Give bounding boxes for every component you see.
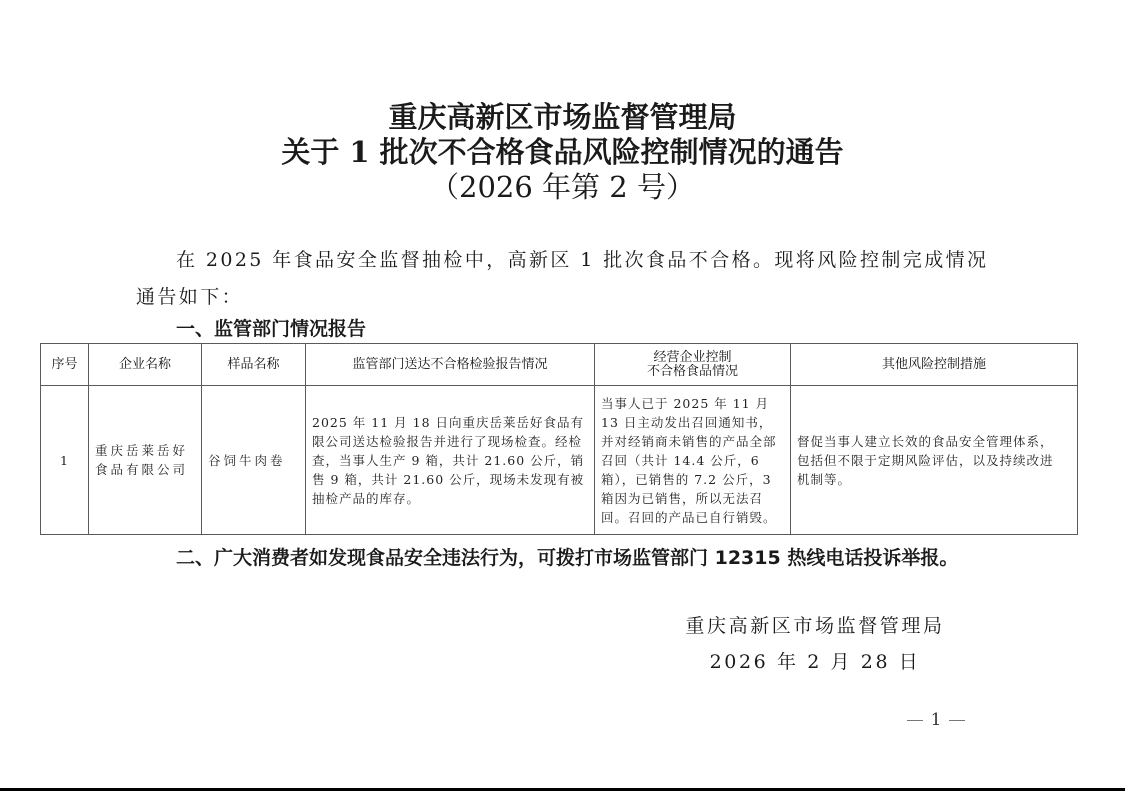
title-line-number: （2026 年第 2 号） (0, 170, 1125, 205)
header-company: 企业名称 (89, 344, 202, 386)
intro-paragraph: 在 2025 年食品安全监督抽检中，高新区 1 批次食品不合格。现将风险控制完成… (136, 242, 996, 316)
section-heading-1: 一、监管部门情况报告 (176, 314, 366, 344)
dash-left-icon (907, 720, 923, 721)
title-line-issuer: 重庆高新区市场监督管理局 (0, 100, 1125, 135)
header-report-status: 监管部门送达不合格检验报告情况 (306, 344, 595, 386)
signature-block: 重庆高新区市场监督管理局 2026 年 2 月 28 日 (660, 608, 970, 680)
issuer-name: 重庆高新区市场监督管理局 (660, 608, 970, 644)
dash-right-icon (949, 720, 965, 721)
page-number: 1 (896, 710, 976, 730)
cell-index: 1 (41, 386, 89, 535)
header-other-measures: 其他风险控制措施 (791, 344, 1078, 386)
document-page: 重庆高新区市场监督管理局 关于 1 批次不合格食品风险控制情况的通告 （2026… (0, 0, 1125, 791)
title-line-subject: 关于 1 批次不合格食品风险控制情况的通告 (0, 135, 1125, 170)
table-row: 1 重庆岳莱岳好食品有限公司 谷饲牛肉卷 2025 年 11 月 18 日向重庆… (41, 386, 1078, 535)
cell-other-measures: 督促当事人建立长效的食品安全管理体系，包括但不限于定期风险评估，以及持续改进机制… (791, 386, 1078, 535)
header-sample: 样品名称 (202, 344, 306, 386)
table-header-row: 序号 企业名称 样品名称 监管部门送达不合格检验报告情况 经营企业控制 不合格食… (41, 344, 1078, 386)
cell-sample: 谷饲牛肉卷 (202, 386, 306, 535)
cell-control-status: 当事人已于 2025 年 11 月 13 日主动发出召回通知书，并对经销商未销售… (595, 386, 791, 535)
issue-date: 2026 年 2 月 28 日 (660, 644, 970, 680)
header-index: 序号 (41, 344, 89, 386)
header-control-status: 经营企业控制 不合格食品情况 (595, 344, 791, 386)
document-title: 重庆高新区市场监督管理局 关于 1 批次不合格食品风险控制情况的通告 （2026… (0, 100, 1125, 205)
cell-company: 重庆岳莱岳好食品有限公司 (89, 386, 202, 535)
section-paragraph-2: 二、广大消费者如发现食品安全违法行为，可拨打市场监管部门 12315 热线电话投… (136, 540, 996, 576)
cell-report-status: 2025 年 11 月 18 日向重庆岳莱岳好食品有限公司送达检验报告并进行了现… (306, 386, 595, 535)
report-table: 序号 企业名称 样品名称 监管部门送达不合格检验报告情况 经营企业控制 不合格食… (40, 343, 1078, 535)
